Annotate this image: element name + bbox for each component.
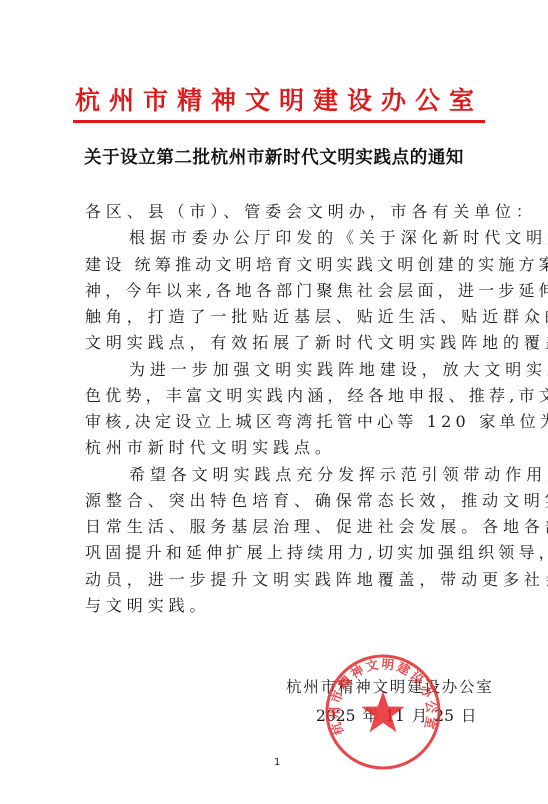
page-number: 1 — [274, 756, 280, 770]
issuing-organization-header: 杭州市精神文明建设办公室 — [73, 86, 485, 116]
body-line: 源整合、突出特色培育、确保常态长效，推动文明实践融入 — [85, 488, 475, 514]
star-icon — [361, 691, 404, 732]
date-day-unit: 日 — [461, 707, 477, 725]
body-line: 色优势，丰富文明实践内涵，经各地申报、推荐,市文明办 — [85, 383, 475, 409]
body-line: 触角，打造了一批贴近基层、贴近生活、贴近群众的新时代 — [85, 304, 475, 330]
body-line: 审核,决定设立上城区弯湾托管中心等 120 家单位为第二批 — [85, 409, 475, 435]
body-line: 文明实践点，有效拓展了新时代文明实践阵地的覆盖面。 — [85, 330, 475, 356]
red-header-rule — [73, 120, 485, 123]
body-line: 动员，进一步提升文明实践阵地覆盖，带动更多社会力量参 — [85, 567, 475, 593]
official-seal-stamp: 杭州市精神文明建设办公室 — [324, 653, 442, 771]
body-line: 巩固提升和延伸扩展上持续用力,切实加强组织领导，广泛 — [85, 540, 475, 566]
document-title: 关于设立第二批杭州市新时代文明实践点的通知 — [70, 145, 478, 171]
body-line: 为进一步加强文明实践阵地建设，放大文明实践点的特 — [85, 357, 475, 383]
body-line: 希望各文明实践点充分发挥示范引领带动作用,注重资 — [85, 462, 475, 488]
body-line: 日常生活、服务基层治理、促进社会发展。各地各部门要在 — [85, 514, 475, 540]
document-page: 杭州市精神文明建设办公室 关于设立第二批杭州市新时代文明实践点的通知 各区、县（… — [0, 0, 548, 804]
body-line: 建设 统筹推动文明培育文明实践文明创建的实施方案》精 — [85, 252, 475, 278]
body-line: 与文明实践。 — [85, 593, 475, 619]
document-body: 各区、县（市）、管委会文明办，市各有关单位： 根据市委办公厅印发的《关于深化新时… — [85, 199, 475, 619]
salutation-line: 各区、县（市）、管委会文明办，市各有关单位： — [85, 199, 475, 225]
body-line: 根据市委办公厅印发的《关于深化新时代文明实践体系 — [85, 225, 475, 251]
body-line: 杭州市新时代文明实践点。 — [85, 435, 475, 461]
body-line: 神，今年以来,各地各部门聚焦社会层面，进一步延伸文明 — [85, 278, 475, 304]
